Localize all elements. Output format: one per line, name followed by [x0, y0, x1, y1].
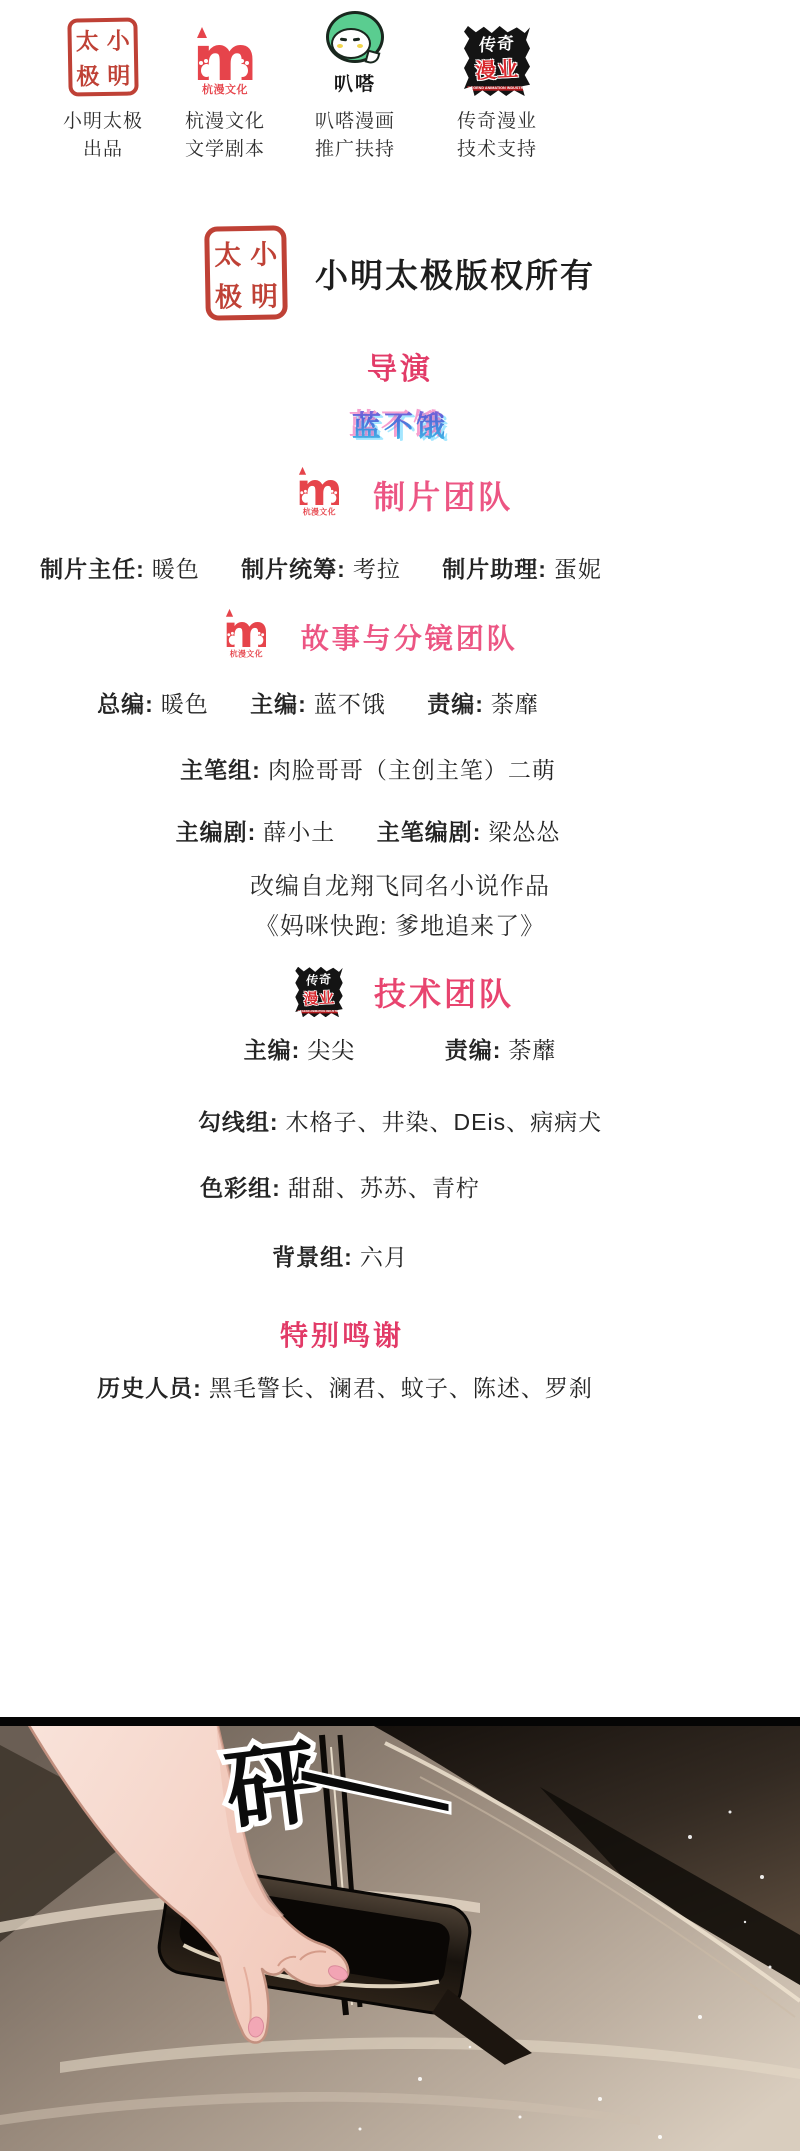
credit-name: 薛小土 — [263, 819, 335, 845]
credit-pair: 主笔编剧:梁怂怂 — [377, 819, 561, 845]
role-label: 制片主任: — [40, 556, 145, 582]
credit-pair: 主编剧:薛小土 — [176, 819, 336, 845]
adaptation-note-line-1: 改编自龙翔飞同名小说作品 — [0, 866, 800, 901]
section-title-thanks: 特别鸣谢 — [0, 1314, 684, 1354]
seal-char: 极 — [76, 58, 100, 91]
logo-caption: 叭嗒漫画 推广扶持 — [315, 108, 395, 163]
paw-icon — [201, 64, 212, 77]
logo-box: 传奇 漫业 LEGEND ANIMATION INDUSTRY — [464, 14, 530, 96]
credit-pair: 勾线组:木格子、井染、DEis、病病犬 — [198, 1109, 602, 1135]
credit-pair: 制片统筹:考拉 — [241, 556, 401, 582]
logo-caption: 杭漫文化 文学剧本 — [185, 108, 265, 163]
credit-name: 木格子、井染、DEis、病病犬 — [286, 1109, 603, 1135]
tech-background-row: 背景组:六月 — [0, 1239, 680, 1272]
role-label: 主编: — [244, 1037, 301, 1063]
credit-name: 考拉 — [353, 556, 401, 582]
comic-panel-art: 砰 — [0, 1717, 800, 2151]
copyright-text: 小明太极版权所有 — [315, 250, 595, 297]
credit-name: 荼蘼 — [508, 1037, 556, 1063]
credit-pair: 总编:暖色 — [97, 691, 209, 717]
panel-top-border — [0, 1717, 800, 1726]
credit-name: 蛋妮 — [554, 556, 602, 582]
credit-name: 六月 — [360, 1244, 408, 1270]
credit-name: 肉脸哥哥（主创主笔）二萌 — [268, 757, 556, 783]
seal-char: 明 — [251, 274, 279, 313]
xiaoming-taiji-seal-icon: 太 小 极 明 — [204, 225, 288, 320]
seal-char: 小 — [106, 23, 130, 56]
credit-name: 暖色 — [161, 691, 209, 717]
legend-badge: 传奇 漫业 LEGEND ANIMATION INDUSTRY — [295, 967, 343, 1017]
caption-line: 技术支持 — [457, 136, 537, 164]
credit-name: 暖色 — [152, 556, 200, 582]
logo-xiaoming-taiji: 太 小 极 明 小明太极 出品 — [43, 14, 163, 163]
section-header-tech: 传奇 漫业 LEGEND ANIMATION INDUSTRY 技术团队 — [0, 963, 800, 1021]
caption-line: 小明太极 — [63, 108, 143, 136]
director-name: 蓝不饿 — [0, 404, 800, 445]
role-label: 责编: — [427, 691, 484, 717]
credit-pair: 背景组:六月 — [272, 1244, 408, 1270]
legend-animation-logo-icon: 传奇 漫业 LEGEND ANIMATION INDUSTRY — [464, 26, 530, 96]
hangman-m-logo-icon: m 杭漫文化 — [223, 615, 270, 659]
comic-panel: 砰 — [0, 1717, 800, 2151]
story-credits-row-1: 总编:暖色 主编:蓝不饿 责编:荼靡 — [0, 686, 636, 719]
caption-line: 杭漫文化 — [185, 108, 265, 136]
credit-pair: 主笔组:肉脸哥哥（主创主笔）二萌 — [180, 757, 556, 783]
pencil-tip-icon — [197, 27, 207, 38]
credit-pair: 历史人员:黑毛警长、澜君、蚊子、陈述、罗刹 — [97, 1375, 593, 1401]
legend-animation-logo-icon: 传奇 漫业 LEGEND ANIMATION INDUSTRY — [295, 967, 343, 1017]
logo-caption: 传奇漫业 技术支持 — [457, 108, 537, 163]
role-label: 制片统筹: — [241, 556, 346, 582]
role-label: 历史人员: — [97, 1375, 202, 1401]
credit-pair: 责编:荼靡 — [427, 691, 539, 717]
seal-char: 太 — [214, 233, 242, 272]
seal-char: 小 — [250, 232, 278, 271]
seal-char: 太 — [75, 23, 99, 56]
logo-box: 叭嗒 — [326, 14, 384, 96]
m-letter: m — [296, 473, 343, 508]
pencil-tip-icon — [299, 467, 306, 475]
credit-name: 梁怂怂 — [488, 819, 560, 845]
legend-wordmark-top: 传奇 — [479, 29, 516, 57]
logo-caption: 小明太极 出品 — [63, 108, 143, 163]
bada-wordmark: 叭嗒 — [334, 69, 376, 96]
copyright-row: 太 小 极 明 小明太极版权所有 — [0, 226, 800, 320]
production-credits-row: 制片主任:暖色 制片统筹:考拉 制片助理:蛋妮 — [0, 551, 642, 584]
credit-name: 尖尖 — [307, 1037, 355, 1063]
bada-head — [326, 11, 384, 63]
role-label: 勾线组: — [198, 1109, 279, 1135]
tech-lineart-row: 勾线组:木格子、井染、DEis、病病犬 — [0, 1104, 800, 1137]
role-label: 色彩组: — [200, 1175, 281, 1201]
logo-hangman-culture: m 杭漫文化 杭漫文化 文学剧本 — [165, 14, 285, 163]
credit-name: 黑毛警长、澜君、蚊子、陈述、罗刹 — [209, 1375, 593, 1401]
caption-line: 叭嗒漫画 — [315, 108, 395, 136]
seal-char: 极 — [215, 275, 243, 314]
seal-char: 明 — [107, 58, 131, 91]
speech-tail-icon — [365, 50, 381, 66]
role-label: 总编: — [97, 691, 154, 717]
caption-line: 文学剧本 — [185, 136, 265, 164]
legend-wordmark-bottom: 漫业 — [474, 53, 520, 85]
credit-name: 蓝不饿 — [314, 691, 386, 717]
pencil-tip-icon — [226, 609, 233, 617]
tech-color-row: 色彩组:甜甜、苏苏、青柠 — [0, 1170, 680, 1203]
hangman-m-logo-icon: m 杭漫文化 — [193, 35, 258, 96]
section-header-story: m 杭漫文化 故事与分镜团队 — [0, 608, 732, 666]
role-label: 主笔组: — [180, 757, 261, 783]
role-label: 责编: — [445, 1037, 502, 1063]
credits-page: 太 小 极 明 小明太极 出品 m 杭漫文化 杭漫文化 — [0, 0, 800, 2151]
adaptation-note-line-2: 《妈咪快跑: 爹地追来了》 — [0, 906, 800, 941]
cheek-icon — [337, 44, 343, 48]
story-credits-row-2: 主笔组:肉脸哥哥（主创主笔）二萌 — [0, 752, 736, 785]
logo-legend-animation: 传奇 漫业 LEGEND ANIMATION INDUSTRY 传奇漫业 技术支… — [437, 14, 557, 163]
role-label: 背景组: — [272, 1244, 353, 1270]
legend-badge: 传奇 漫业 LEGEND ANIMATION INDUSTRY — [464, 26, 530, 96]
section-title-tech: 技术团队 — [374, 969, 514, 1015]
credit-pair: 制片主任:暖色 — [40, 556, 200, 582]
role-label: 主笔编剧: — [377, 819, 482, 845]
logo-box: 太 小 极 明 — [68, 14, 138, 96]
caption-line: 出品 — [63, 136, 143, 164]
credit-pair: 制片助理:蛋妮 — [442, 556, 602, 582]
section-title-director: 导演 — [0, 344, 800, 388]
credit-name: 甜甜、苏苏、青柠 — [288, 1175, 480, 1201]
hangman-m-logo-icon: m 杭漫文化 — [296, 473, 343, 517]
logo-box: m 杭漫文化 — [193, 14, 258, 96]
credit-pair: 色彩组:甜甜、苏苏、青柠 — [200, 1175, 480, 1201]
cheek-icon — [357, 44, 363, 48]
sfx-group: 砰 — [220, 1728, 325, 1846]
caption-line: 传奇漫业 — [457, 108, 537, 136]
sfx-text: 砰 — [220, 1728, 325, 1846]
caption-line: 推广扶持 — [315, 136, 395, 164]
credit-pair: 主编:尖尖 — [244, 1037, 356, 1063]
story-credits-row-3: 主编剧:薛小土 主笔编剧:梁怂怂 — [0, 814, 736, 847]
xiaoming-taiji-seal-icon: 太 小 极 明 — [67, 17, 138, 96]
legend-english-strip: LEGEND ANIMATION INDUSTRY — [467, 86, 527, 90]
role-label: 制片助理: — [442, 556, 547, 582]
credit-pair: 主编:蓝不饿 — [250, 691, 386, 717]
legend-wordmark-bottom: 漫业 — [303, 986, 336, 1009]
bada-face — [331, 28, 371, 59]
section-title-production: 制片团队 — [373, 472, 513, 518]
section-header-production: m 杭漫文化 制片团队 — [0, 466, 800, 524]
credit-name: 荼靡 — [491, 691, 539, 717]
legend-english-strip: LEGEND ANIMATION INDUSTRY — [298, 1010, 341, 1013]
role-label: 主编: — [250, 691, 307, 717]
role-label: 主编剧: — [176, 819, 257, 845]
bada-mascot-icon: 叭嗒 — [326, 11, 384, 96]
section-title-story: 故事与分镜团队 — [301, 617, 518, 657]
credit-pair: 责编:荼蘼 — [445, 1037, 557, 1063]
tech-credits-row-1: 主编:尖尖 责编:荼蘼 — [0, 1032, 800, 1065]
thanks-credits-row: 历史人员:黑毛警长、澜君、蚊子、陈述、罗刹 — [0, 1370, 690, 1403]
logo-bada-comics: 叭嗒 叭嗒漫画 推广扶持 — [295, 14, 415, 163]
